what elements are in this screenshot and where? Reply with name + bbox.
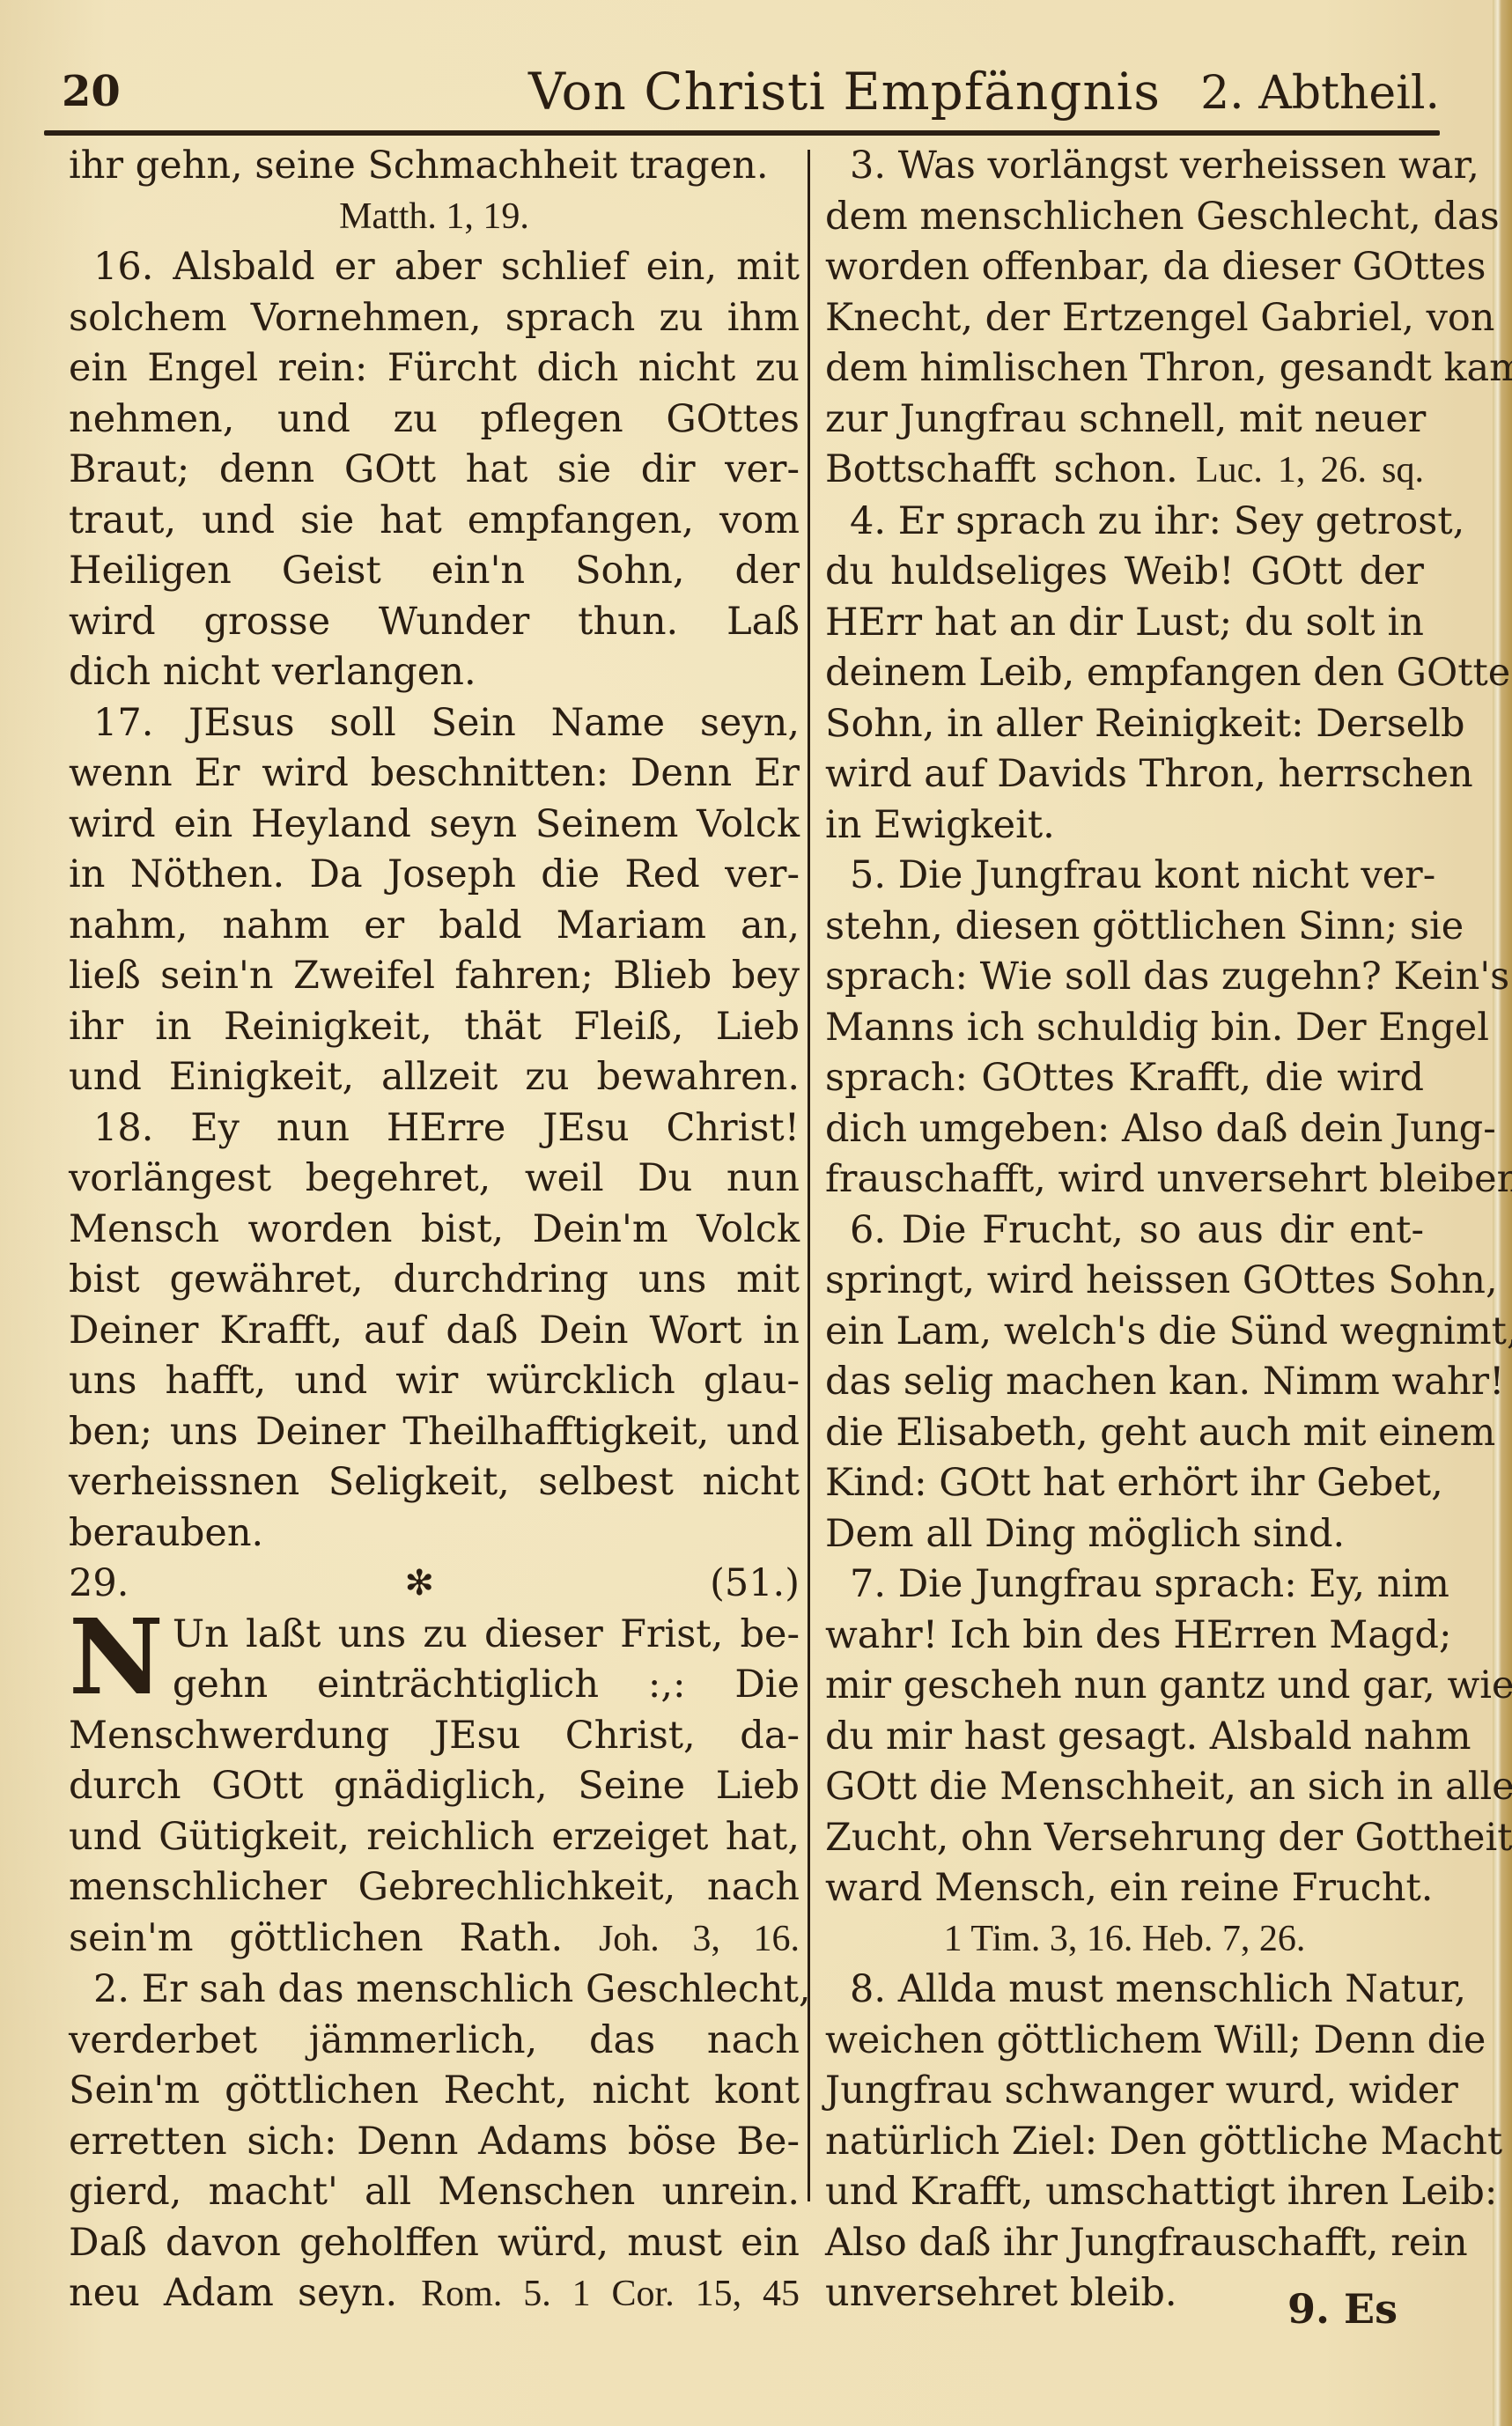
text-line: Braut; denn GOtt hat sie dir ver- [69, 445, 800, 496]
text-line: die Elisabeth, geht auch mit einem [825, 1408, 1424, 1459]
text-line: wird ein Heyland seyn Seinem Volck [69, 800, 800, 851]
verse-5: 5. Die Jungfrau kont nicht ver- stehn, d… [825, 851, 1424, 1206]
text-line: GOtt die Menschheit, an sich in aller [825, 1762, 1424, 1813]
verse-4: 4. Er sprach zu ihr: Sey getrost, du hul… [825, 497, 1424, 852]
text-line: 5. Die Jungfrau kont nicht ver- [825, 851, 1424, 902]
text-line: 2. Er sah das menschlich Geschlecht, [69, 1965, 800, 2016]
text-line: und Krafft, umschattigt ihren Leib: [825, 2167, 1424, 2218]
text-line: Menschwerdung JEsu Christ, da- [69, 1711, 800, 1762]
text-line: Sein'm göttlichen Recht, nicht kont [69, 2066, 800, 2117]
text-line: frauschafft, wird unversehrt bleiben. [825, 1154, 1424, 1206]
scripture-ref: Joh. 3, 16. [599, 1919, 800, 1959]
text-line: gierd, macht' all Menschen unrein. [69, 2167, 800, 2218]
text-line-with-ref: Bottschafft schon. Luc. 1, 26. sq. [825, 445, 1424, 497]
scripture-ref: 1 Tim. 3, 16. Heb. 7, 26. [825, 1914, 1424, 1965]
text-line: durch GOtt gnädiglich, Seine Lieb [69, 1761, 800, 1812]
text-line: du huldseliges Weib! GOtt der [825, 547, 1424, 598]
text-line: menschlicher Gebrechlichkeit, nach [69, 1862, 800, 1914]
text-line: Manns ich schuldig bin. Der Engel [825, 1003, 1424, 1054]
text-line: 8. Allda must menschlich Natur, [825, 1965, 1424, 2016]
text-line: springt, wird heissen GOttes Sohn, [825, 1256, 1424, 1307]
text-segment: sein'm göttlichen Rath. [69, 1916, 563, 1960]
text-line: in Ewigkeit. [825, 800, 1424, 852]
right-column: 3. Was vorlängst verheissen war, dem men… [825, 141, 1424, 2319]
text-line: wird grosse Wunder thun. Laß [69, 597, 800, 648]
text-line: verderbet jämmerlich, das nach [69, 2016, 800, 2067]
page-number: 20 [62, 67, 121, 116]
text-line: sprach: GOttes Krafft, die wird [825, 1053, 1424, 1104]
text-line: 3. Was vorlängst verheissen war, [825, 141, 1424, 192]
verse-8: 8. Allda must menschlich Natur, weichen … [825, 1965, 1424, 2319]
text-line: 16. Alsbald er aber schlief ein, mit [69, 242, 800, 293]
scripture-ref: Rom. 5. 1 Cor. 15, 45 [421, 2274, 800, 2314]
text-line: uns hafft, und wir würcklich glau- [69, 1356, 800, 1407]
text-line: das selig machen kan. Nimm wahr! [825, 1357, 1424, 1408]
text-line: bist gewähret, durchdring uns mit [69, 1255, 800, 1306]
catchword: 9. Es [1287, 2285, 1398, 2333]
verse-6: 6. Die Frucht, so aus dir ent- springt, … [825, 1206, 1424, 1560]
text-line: nahm, nahm er bald Mariam an, [69, 901, 800, 952]
verse-16: 16. Alsbald er aber schlief ein, mit sol… [69, 242, 800, 698]
text-line: Also daß ihr Jungfrauschafft, rein [825, 2218, 1424, 2269]
text-segment: Bottschafft schon. [825, 447, 1178, 491]
hymn-29: 29. ✻ (51.) N Un laßt uns zu dieser Fris… [69, 1559, 800, 2320]
text-line: sprach: Wie soll das zugehn? Kein's [825, 952, 1424, 1003]
scripture-ref: Luc. 1, 26. sq. [1196, 450, 1424, 490]
text-line: berauben. [69, 1508, 800, 1560]
text-line: Daß davon geholffen würd, must ein [69, 2218, 800, 2269]
left-column: ihr gehn, seine Schmachheit tragen. Matt… [69, 141, 800, 2320]
text-line: in Nöthen. Da Joseph die Red ver- [69, 850, 800, 901]
text-line: nehmen, und zu pflegen GOttes [69, 395, 800, 446]
book-page: 20 Von Christi Empfängnis 2. Abtheil. ih… [0, 0, 1512, 2426]
text-line: 6. Die Frucht, so aus dir ent- [825, 1206, 1424, 1257]
text-line: wenn Er wird beschnitten: Denn Er [69, 748, 800, 800]
text-line: Un laßt uns zu dieser Frist, be- [69, 1610, 800, 1661]
text-line-with-ref: sein'm göttlichen Rath. Joh. 3, 16. [69, 1914, 800, 1965]
text-line: ward Mensch, ein reine Frucht. [825, 1863, 1424, 1914]
melody-reference: (51.) [710, 1559, 800, 1610]
text-line: stehn, diesen göttlichen Sinn; sie [825, 902, 1424, 953]
text-line: Mensch worden bist, Dein'm Volck [69, 1205, 800, 1256]
text-segment: neu Adam seyn. [69, 2271, 397, 2315]
text-line: Zucht, ohn Versehrung der Gottheit, [825, 1813, 1424, 1864]
text-line: ein Engel rein: Fürcht dich nicht zu [69, 343, 800, 395]
text-line: weichen göttlichem Will; Denn die [825, 2016, 1424, 2067]
text-line: solchem Vornehmen, sprach zu ihm [69, 293, 800, 344]
text-line: wird auf Davids Thron, herrschen [825, 749, 1424, 800]
hymn-opening: N Un laßt uns zu dieser Frist, be- gehn … [69, 1610, 800, 1711]
text-line: ben; uns Deiner Theilhafftigkeit, und [69, 1407, 800, 1458]
verse-18: 18. Ey nun HErre JEsu Christ! vorlängest… [69, 1103, 800, 1560]
flower-ornament-icon: ✻ [404, 1559, 434, 1610]
header-rule [44, 130, 1440, 136]
text-line: 7. Die Jungfrau sprach: Ey, nim [825, 1560, 1424, 1611]
text-line: mir gescheh nun gantz und gar, wie [825, 1661, 1424, 1712]
text-line: vorlängest begehret, weil Du nun [69, 1154, 800, 1205]
text-line: dem menschlichen Geschlecht, das ist [825, 192, 1424, 243]
text-line: 18. Ey nun HErre JEsu Christ! [69, 1103, 800, 1154]
text-line: traut, und sie hat empfangen, vom [69, 496, 800, 547]
text-line: erretten sich: Denn Adams böse Be- [69, 2117, 800, 2168]
text-line: Heiligen Geist ein'n Sohn, der [69, 546, 800, 597]
text-line: und Gütigkeit, reichlich erzeiget hat, [69, 1812, 800, 1863]
running-title: Von Christi Empfängnis [528, 62, 1161, 122]
section-label: 2. Abtheil. [1200, 67, 1440, 120]
text-line-with-ref: neu Adam seyn. Rom. 5. 1 Cor. 15, 45 [69, 2268, 800, 2320]
text-line: zur Jungfrau schnell, mit neuer [825, 395, 1424, 446]
text-line: HErr hat an dir Lust; du solt in [825, 598, 1424, 649]
text-line: und Einigkeit, allzeit zu bewahren. [69, 1052, 800, 1103]
page-header: 20 Von Christi Empfängnis 2. Abtheil. [62, 62, 1440, 123]
text-line: Jungfrau schwanger wurd, wider [825, 2066, 1424, 2117]
text-line: du mir hast gesagt. Alsbald nahm [825, 1712, 1424, 1763]
text-line: 4. Er sprach zu ihr: Sey getrost, [825, 497, 1424, 548]
text-line: Knecht, der Ertzengel Gabriel, von [825, 293, 1424, 344]
text-line: deinem Leib, empfangen den GOttes [825, 648, 1424, 699]
text-line: gehn einträchtiglich :,: Die [69, 1660, 800, 1711]
text-line: wahr! Ich bin des HErren Magd; [825, 1611, 1424, 1662]
text-line: ihr gehn, seine Schmachheit tragen. [69, 141, 800, 192]
text-line: dich nicht verlangen. [69, 647, 800, 698]
text-line: ein Lam, welch's die Sünd wegnimt, [825, 1307, 1424, 1358]
scripture-ref: Matth. 1, 19. [69, 192, 800, 243]
verse-17: 17. JEsus soll Sein Name seyn, wenn Er w… [69, 698, 800, 1103]
text-line: dich umgeben: Also daß dein Jung- [825, 1104, 1424, 1155]
text-line: ließ sein'n Zweifel fahren; Blieb bey [69, 951, 800, 1002]
text-line: verheissnen Seligkeit, selbest nicht [69, 1457, 800, 1508]
verse-3: 3. Was vorlängst verheissen war, dem men… [825, 141, 1424, 497]
column-divider [808, 150, 810, 2201]
text-line: Kind: GOtt hat erhört ihr Gebet, [825, 1458, 1424, 1509]
text-line: Deiner Krafft, auf daß Dein Wort in [69, 1306, 800, 1357]
text-line: worden offenbar, da dieser GOttes [825, 242, 1424, 293]
text-line: dem himlischen Thron, gesandt kam [825, 343, 1424, 395]
verse-7: 7. Die Jungfrau sprach: Ey, nim wahr! Ic… [825, 1560, 1424, 1965]
drop-cap: N [69, 1613, 164, 1710]
text-line: natürlich Ziel: Den göttliche Macht [825, 2117, 1424, 2168]
text-line: Sohn, in aller Reinigkeit: Derselb [825, 699, 1424, 750]
text-line: 17. JEsus soll Sein Name seyn, [69, 698, 800, 749]
text-line: ihr in Reinigkeit, thät Fleiß, Lieb [69, 1002, 800, 1053]
hymn-heading: 29. ✻ (51.) [69, 1559, 800, 1610]
text-line: Dem all Ding möglich sind. [825, 1509, 1424, 1560]
